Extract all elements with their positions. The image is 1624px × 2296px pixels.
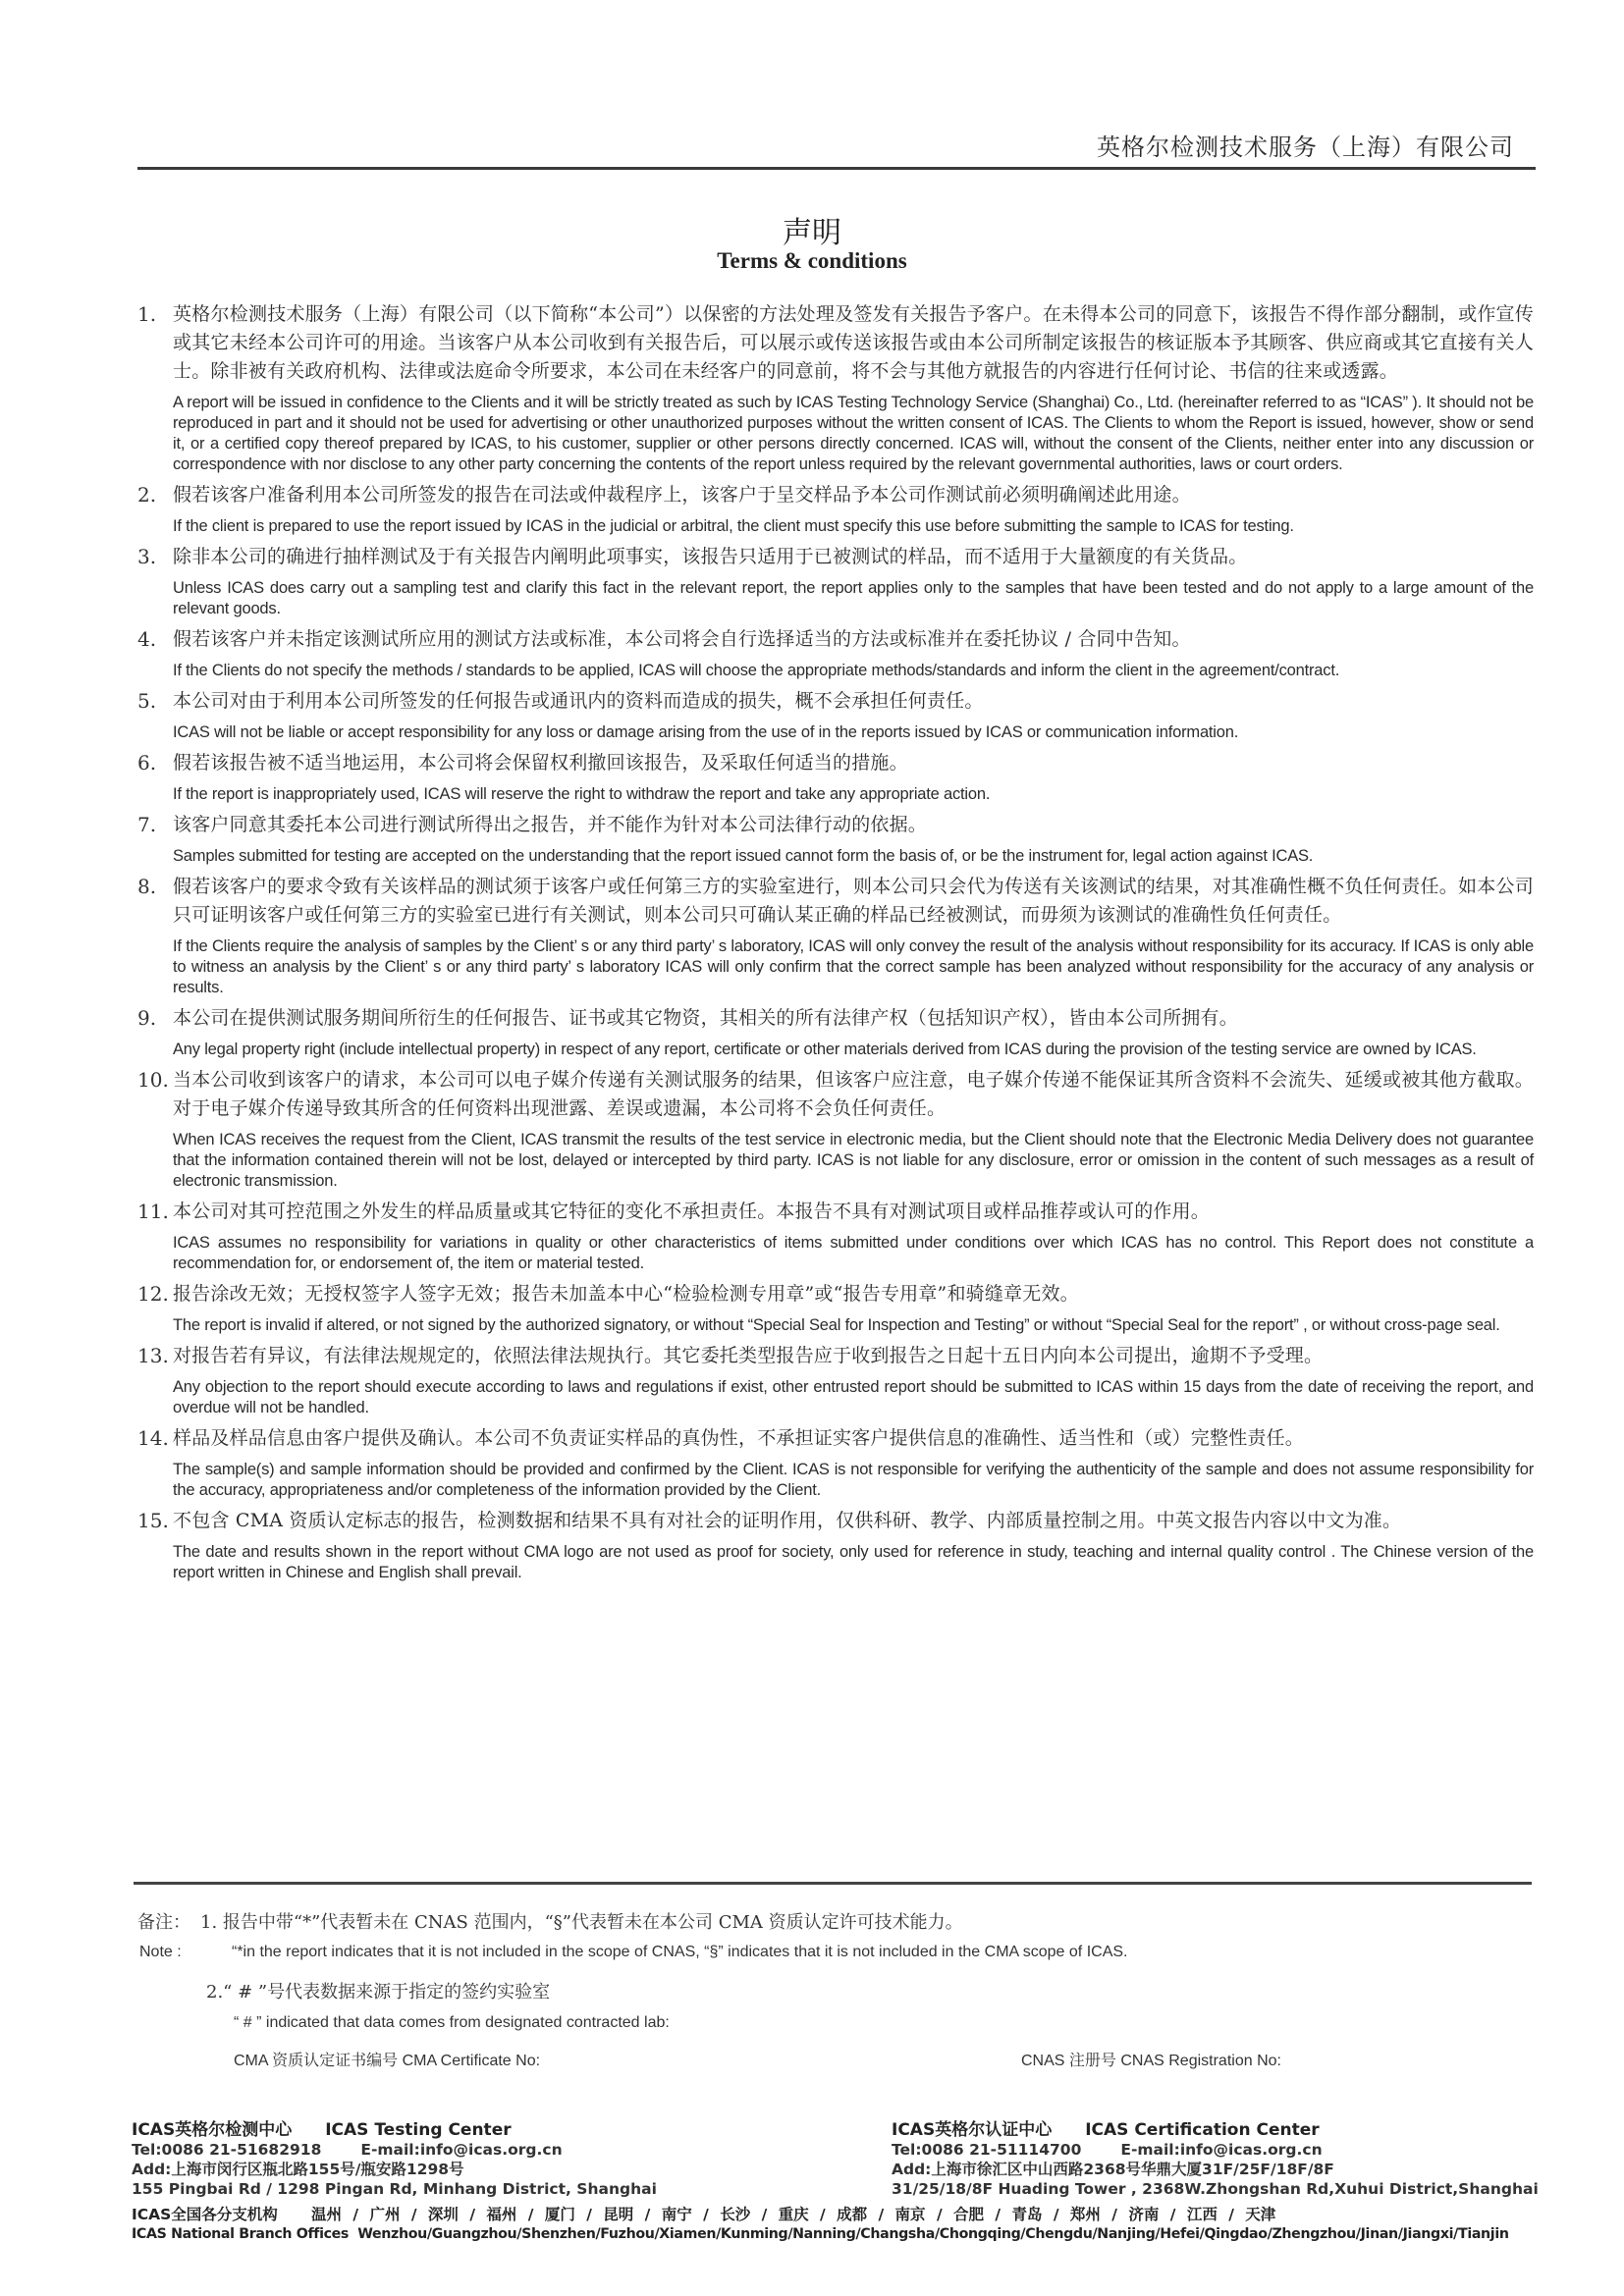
note-label-cn: 备注： bbox=[137, 1908, 190, 1934]
page-title-en: Terms & conditions bbox=[0, 248, 1624, 274]
clause-number: 7. bbox=[137, 811, 156, 839]
clause-11: 11. 本公司对其可控范围之外发生的样品质量或其它特征的变化不承担责任。本报告不… bbox=[137, 1198, 1534, 1274]
clause-text-cn: 假若该报告被不适当地运用，本公司将会保留权利撤回该报告，及采取任何适当的措施。 bbox=[173, 749, 1534, 777]
certification-center-name-cn: ICAS英格尔认证中心 bbox=[892, 2120, 1052, 2140]
branches-list-cn: 温州 / 广州 / 深圳 / 福州 / 厦门 / 昆明 / 南宁 / 长沙 / … bbox=[311, 2206, 1275, 2223]
clause-text-cn: 本公司对由于利用本公司所签发的任何报告或通讯内的资料而造成的损失，概不会承担任何… bbox=[173, 687, 1534, 716]
clause-7: 7. 该客户同意其委托本公司进行测试所得出之报告，并不能作为针对本公司法律行动的… bbox=[137, 811, 1534, 867]
clause-4: 4. 假若该客户并未指定该测试所应用的测试方法或标准，本公司将会自行选择适当的方… bbox=[137, 625, 1534, 681]
certification-center-address-en: 31/25/18/8F Huading Tower , 2368W.Zhongs… bbox=[892, 2179, 1539, 2199]
branch-offices: ICAS全国各分支机构 温州 / 广州 / 深圳 / 福州 / 厦门 / 昆明 … bbox=[132, 2203, 1536, 2242]
clause-text-en: ICAS assumes no responsibility for varia… bbox=[173, 1233, 1534, 1274]
clause-8: 8. 假若该客户的要求令致有关该样品的测试须于该客户或任何第三方的实验室进行，则… bbox=[137, 873, 1534, 998]
clause-text-cn: 不包含 CMA 资质认定标志的报告，检测数据和结果不具有对社会的证明作用，仅供科… bbox=[173, 1507, 1534, 1535]
clause-number: 11. bbox=[137, 1198, 169, 1226]
clause-text-cn: 对报告若有异议，有法律法规规定的，依照法律法规执行。其它委托类型报告应于收到报告… bbox=[173, 1342, 1534, 1370]
cma-certificate-label: CMA 资质认定证书编号 CMA Certificate No: bbox=[234, 2048, 540, 2070]
clause-text-en: When ICAS receives the request from the … bbox=[173, 1130, 1534, 1192]
clause-text-cn: 本公司在提供测试服务期间所衍生的任何报告、证书或其它物资，其相关的所有法律产权（… bbox=[173, 1004, 1534, 1033]
clause-text-en: If the client is prepared to use the rep… bbox=[173, 516, 1534, 537]
clause-text-cn: 假若该客户准备利用本公司所签发的报告在司法或仲裁程序上，该客户于呈交样品予本公司… bbox=[173, 481, 1534, 509]
certification-center-block: ICAS英格尔认证中心ICAS Certification Center Tel… bbox=[892, 2115, 1539, 2199]
note-1-en: “*in the report indicates that it is not… bbox=[232, 1944, 1127, 1961]
certification-center-name-en: ICAS Certification Center bbox=[1085, 2120, 1319, 2140]
clause-number: 6. bbox=[137, 749, 156, 777]
certification-center-tel: Tel:0086 21-51114700 bbox=[892, 2141, 1081, 2159]
clause-1: 1. 英格尔检测技术服务（上海）有限公司（以下简称“本公司”）以保密的方法处理及… bbox=[137, 300, 1534, 475]
clause-text-en: Any legal property right (include intell… bbox=[173, 1040, 1534, 1060]
clause-15: 15. 不包含 CMA 资质认定标志的报告，检测数据和结果不具有对社会的证明作用… bbox=[137, 1507, 1534, 1583]
clause-text-en: Unless ICAS does carry out a sampling te… bbox=[173, 578, 1534, 619]
notes-divider bbox=[134, 1882, 1532, 1885]
clause-text-en: If the Clients require the analysis of s… bbox=[173, 936, 1534, 998]
clause-number: 12. bbox=[137, 1280, 169, 1308]
clause-text-en: A report will be issued in confidence to… bbox=[173, 393, 1534, 475]
clause-text-cn: 英格尔检测技术服务（上海）有限公司（以下简称“本公司”）以保密的方法处理及签发有… bbox=[173, 300, 1534, 386]
note-1-cn: 1. 报告中带“*”代表暂未在 CNAS 范围内，“§”代表暂未在本公司 CMA… bbox=[200, 1908, 963, 1934]
clause-number: 14. bbox=[137, 1424, 169, 1453]
testing-center-address-cn: Add:上海市闵行区瓶北路155号/瓶安路1298号 bbox=[132, 2160, 657, 2179]
clause-text-en: Samples submitted for testing are accept… bbox=[173, 846, 1534, 867]
header-divider bbox=[137, 167, 1536, 170]
page-title-cn: 声明 bbox=[0, 208, 1624, 251]
certification-center-email[interactable]: E-mail:info@icas.org.cn bbox=[1120, 2141, 1322, 2159]
branches-label-en: ICAS National Branch Offices bbox=[132, 2226, 349, 2242]
clause-text-en: ICAS will not be liable or accept respon… bbox=[173, 722, 1534, 743]
clause-number: 5. bbox=[137, 687, 156, 716]
testing-center-name-cn: ICAS英格尔检测中心 bbox=[132, 2120, 292, 2140]
clause-5: 5. 本公司对由于利用本公司所签发的任何报告或通讯内的资料而造成的损失，概不会承… bbox=[137, 687, 1534, 743]
clause-number: 10. bbox=[137, 1066, 169, 1095]
clause-text-cn: 除非本公司的确进行抽样测试及于有关报告内阐明此项事实，该报告只适用于已被测试的样… bbox=[173, 543, 1534, 571]
clause-text-cn: 本公司对其可控范围之外发生的样品质量或其它特征的变化不承担责任。本报告不具有对测… bbox=[173, 1198, 1534, 1226]
clause-10: 10. 当本公司收到该客户的请求，本公司可以电子媒介传递有关测试服务的结果，但该… bbox=[137, 1066, 1534, 1192]
clause-9: 9. 本公司在提供测试服务期间所衍生的任何报告、证书或其它物资，其相关的所有法律… bbox=[137, 1004, 1534, 1060]
clause-2: 2. 假若该客户准备利用本公司所签发的报告在司法或仲裁程序上，该客户于呈交样品予… bbox=[137, 481, 1534, 537]
clause-text-en: Any objection to the report should execu… bbox=[173, 1377, 1534, 1418]
clause-text-cn: 假若该客户的要求令致有关该样品的测试须于该客户或任何第三方的实验室进行，则本公司… bbox=[173, 873, 1534, 930]
clause-text-cn: 假若该客户并未指定该测试所应用的测试方法或标准，本公司将会自行选择适当的方法或标… bbox=[173, 625, 1534, 654]
testing-center-email[interactable]: E-mail:info@icas.org.cn bbox=[360, 2141, 562, 2159]
clause-number: 15. bbox=[137, 1507, 169, 1535]
clause-number: 13. bbox=[137, 1342, 169, 1370]
clause-text-en: The report is invalid if altered, or not… bbox=[173, 1315, 1534, 1336]
clause-3: 3. 除非本公司的确进行抽样测试及于有关报告内阐明此项事实，该报告只适用于已被测… bbox=[137, 543, 1534, 619]
clause-number: 9. bbox=[137, 1004, 156, 1033]
testing-center-tel: Tel:0086 21-51682918 bbox=[132, 2141, 321, 2159]
clause-number: 2. bbox=[137, 481, 156, 509]
clause-number: 1. bbox=[137, 300, 156, 329]
company-name-header: 英格尔检测技术服务（上海）有限公司 bbox=[1097, 128, 1514, 162]
clause-number: 4. bbox=[137, 625, 156, 654]
clause-12: 12. 报告涂改无效；无授权签字人签字无效；报告未加盖本中心“检验检测专用章”或… bbox=[137, 1280, 1534, 1336]
testing-center-block: ICAS英格尔检测中心ICAS Testing Center Tel:0086 … bbox=[132, 2115, 657, 2199]
clause-text-en: If the Clients do not specify the method… bbox=[173, 661, 1534, 681]
clause-6: 6. 假若该报告被不适当地运用，本公司将会保留权利撤回该报告，及采取任何适当的措… bbox=[137, 749, 1534, 805]
certification-center-address-cn: Add:上海市徐汇区中山西路2368号华鼎大厦31F/25F/18F/8F bbox=[892, 2160, 1539, 2179]
clause-text-en: The sample(s) and sample information sho… bbox=[173, 1460, 1534, 1501]
clause-number: 3. bbox=[137, 543, 156, 571]
clause-text-cn: 样品及样品信息由客户提供及确认。本公司不负责证实样品的真伪性，不承担证实客户提供… bbox=[173, 1424, 1534, 1453]
note-2-cn: 2.“ # ”号代表数据来源于指定的签约实验室 bbox=[206, 1978, 550, 2003]
branches-list-en: Wenzhou/Guangzhou/Shenzhen/Fuzhou/Xiamen… bbox=[357, 2226, 1508, 2242]
cnas-registration-label: CNAS 注册号 CNAS Registration No: bbox=[1021, 2048, 1281, 2070]
clause-number: 8. bbox=[137, 873, 156, 901]
clause-text-cn: 该客户同意其委托本公司进行测试所得出之报告，并不能作为针对本公司法律行动的依据。 bbox=[173, 811, 1534, 839]
testing-center-address-en: 155 Pingbai Rd / 1298 Pingan Rd, Minhang… bbox=[132, 2179, 657, 2199]
branches-label-cn: ICAS全国各分支机构 bbox=[132, 2206, 278, 2223]
clause-13: 13. 对报告若有异议，有法律法规规定的，依照法律法规执行。其它委托类型报告应于… bbox=[137, 1342, 1534, 1418]
clause-14: 14. 样品及样品信息由客户提供及确认。本公司不负责证实样品的真伪性，不承担证实… bbox=[137, 1424, 1534, 1501]
note-2-en: “ # ” indicated that data comes from des… bbox=[234, 2014, 670, 2032]
clause-text-cn: 报告涂改无效；无授权签字人签字无效；报告未加盖本中心“检验检测专用章”或“报告专… bbox=[173, 1280, 1534, 1308]
clause-text-cn: 当本公司收到该客户的请求，本公司可以电子媒介传递有关测试服务的结果，但该客户应注… bbox=[173, 1066, 1534, 1123]
clause-text-en: The date and results shown in the report… bbox=[173, 1542, 1534, 1583]
terms-clauses-list: 1. 英格尔检测技术服务（上海）有限公司（以下简称“本公司”）以保密的方法处理及… bbox=[137, 300, 1534, 1589]
testing-center-name-en: ICAS Testing Center bbox=[325, 2120, 511, 2140]
clause-text-en: If the report is inappropriately used, I… bbox=[173, 784, 1534, 805]
note-label-en: Note : bbox=[139, 1944, 182, 1961]
